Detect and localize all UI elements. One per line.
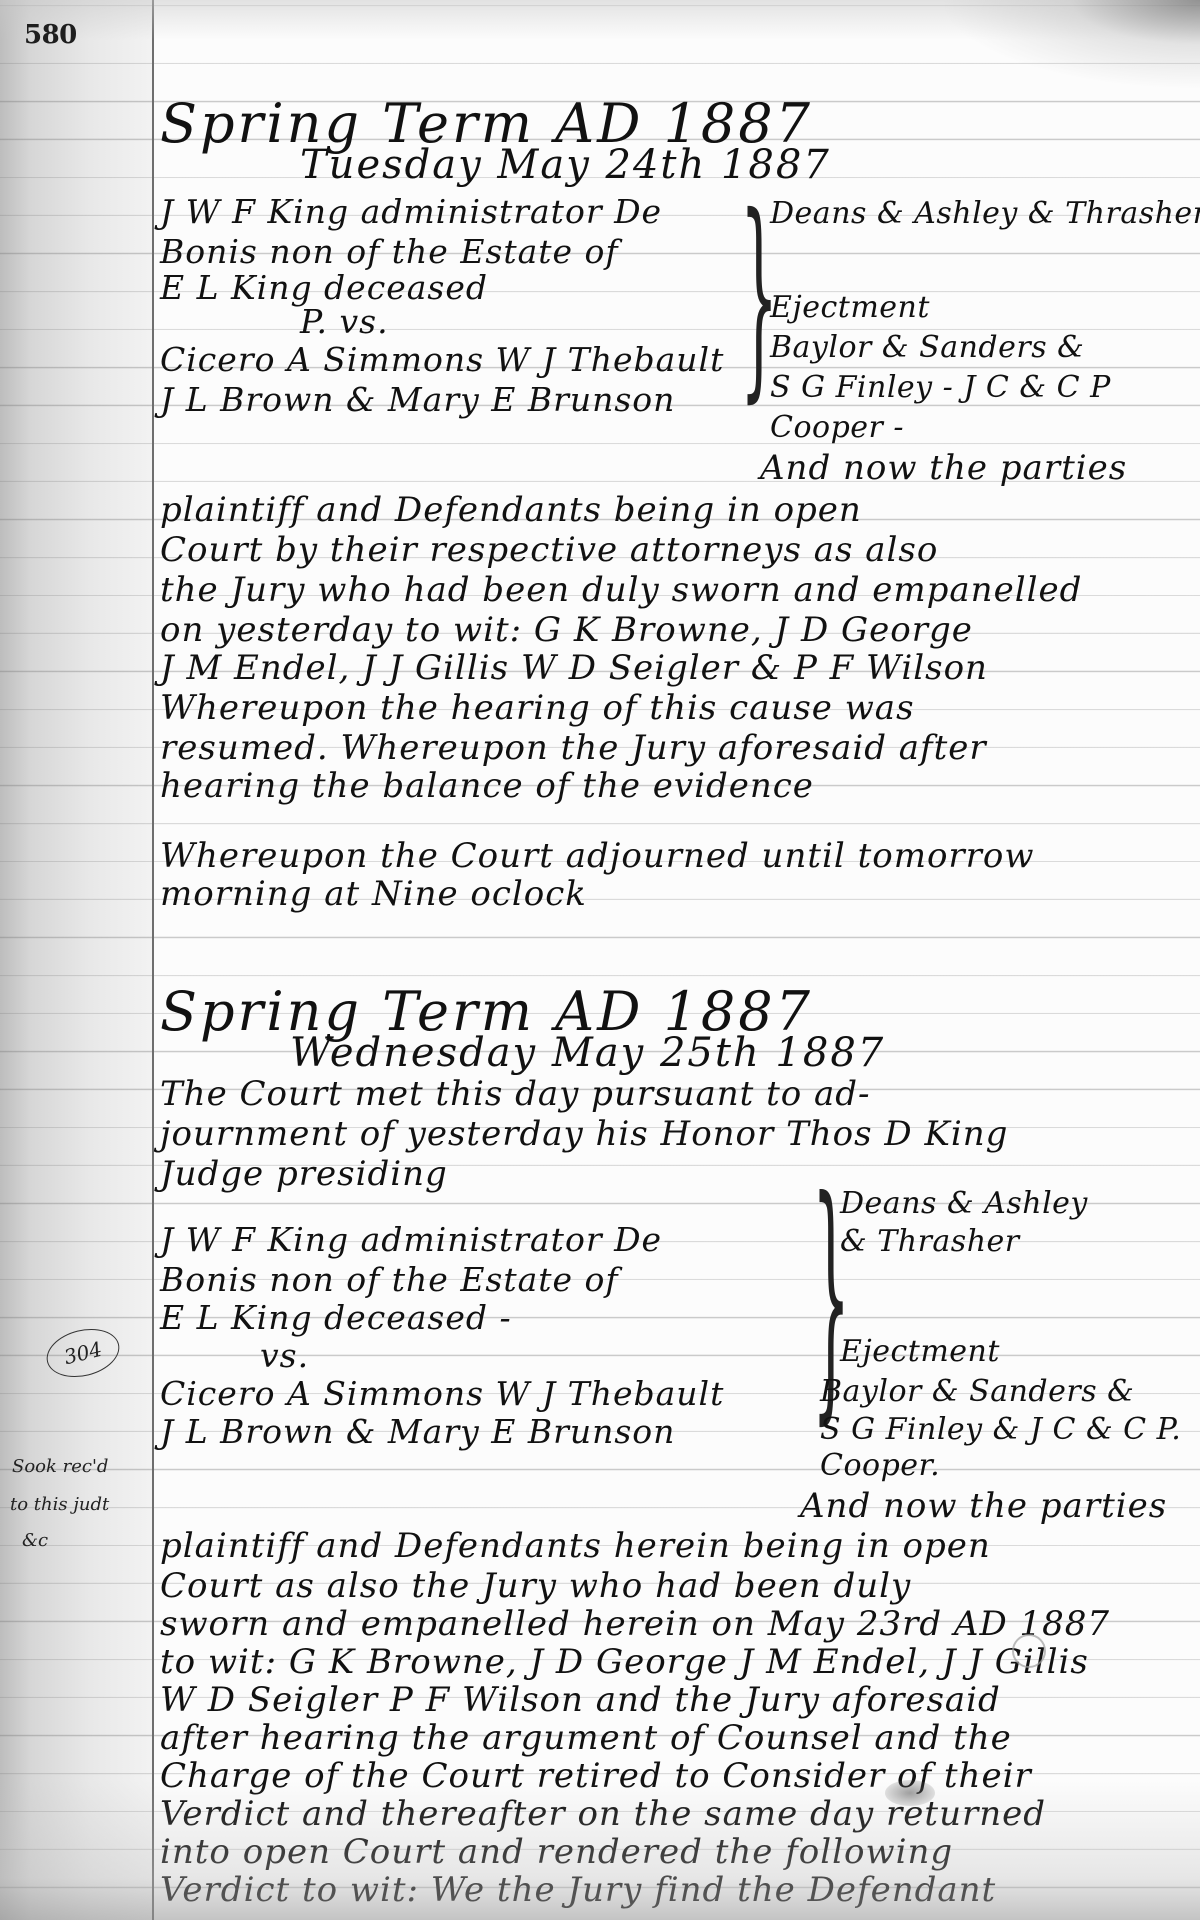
entry1-body-line-3: Court by their respective attorneys as a… (160, 530, 938, 570)
entry1-versus: P. vs. (300, 302, 389, 341)
margin-note-line-2: to this judt (10, 1494, 109, 1515)
entry1-body-line-8: resumed. Whereupon the Jury aforesaid af… (160, 728, 987, 768)
entry1-body-line-9: hearing the balance of the evidence (160, 766, 814, 806)
page-number: 580 (24, 20, 77, 50)
margin-note-line-1: Sook rec'd (12, 1456, 108, 1477)
entry1-body-line-7: Whereupon the hearing of this cause was (160, 688, 915, 728)
entry1-counsel-defendant-line-3: Cooper - (770, 410, 904, 445)
ledger-page: 580 Spring Term AD 1887 Tuesday May 24th… (0, 0, 1200, 1920)
scan-shadow-corner (940, 0, 1200, 90)
entry2-plaintiff-line-2: Bonis non of the Estate of (160, 1260, 619, 1299)
entry1-adjourn-line-2: morning at Nine oclock (160, 874, 587, 914)
entry1-defendant-line-2: J L Brown & Mary E Brunson (160, 380, 675, 419)
entry1-counsel-defendant-line-2: S G Finley - J C & C P (770, 370, 1111, 405)
paper-blemish (1012, 1634, 1046, 1668)
entry2-plaintiff-line-1: J W F King administrator De (160, 1220, 662, 1259)
entry1-counsel-plaintiff: Deans & Ashley & Thrasher (770, 196, 1200, 231)
ink-smudge (885, 1780, 935, 1806)
entry1-plaintiff-line-2: Bonis non of the Estate of (160, 232, 619, 271)
entry2-counsel-defendant-line-1: Baylor & Sanders & (820, 1374, 1134, 1409)
margin-stamp-text: 304 (62, 1337, 105, 1370)
entry2-body-line-11: Verdict to wit: We the Jury find the Def… (160, 1870, 996, 1910)
entry1-body-line-1: And now the parties (760, 448, 1127, 488)
entry1-plaintiff-line-1: J W F King administrator De (160, 192, 662, 231)
scan-shadow-top (0, 0, 1200, 40)
entry2-date: Wednesday May 25th 1887 (290, 1030, 885, 1076)
left-margin-gutter (0, 0, 152, 1920)
entry2-plaintiff-line-3: E L King deceased - (160, 1298, 512, 1337)
entry2-body-line-5: to wit: G K Browne, J D George J M Endel… (160, 1642, 1089, 1682)
entry2-defendant-line-1: Cicero A Simmons W J Thebault (160, 1374, 724, 1413)
entry1-body-line-5: on yesterday to wit: G K Browne, J D Geo… (160, 610, 973, 650)
entry1-body-line-6: J M Endel, J J Gillis W D Seigler & P F … (160, 648, 988, 688)
entry1-action: Ejectment (770, 290, 930, 325)
entry2-defendant-line-2: J L Brown & Mary E Brunson (160, 1412, 675, 1451)
entry2-body-line-10: into open Court and rendered the followi… (160, 1832, 953, 1872)
margin-note-line-3: &c (22, 1530, 48, 1551)
entry1-defendant-line-1: Cicero A Simmons W J Thebault (160, 340, 724, 379)
entry2-counsel-defendant-line-3: Cooper. (820, 1448, 940, 1483)
entry2-body-line-6: W D Seigler P F Wilson and the Jury afor… (160, 1680, 1001, 1720)
entry2-action: Ejectment (840, 1334, 1000, 1369)
margin-rule (152, 0, 154, 1920)
entry1-counsel-defendant-line-1: Baylor & Sanders & (770, 330, 1084, 365)
entry2-body-line-4: sworn and empanelled herein on May 23rd … (160, 1604, 1110, 1644)
entry2-opening-line-3: Judge presiding (160, 1154, 448, 1194)
entry2-body-line-3: Court as also the Jury who had been duly (160, 1566, 911, 1606)
entry1-body-line-4: the Jury who had been duly sworn and emp… (160, 570, 1082, 610)
entry2-body-line-1: And now the parties (800, 1486, 1167, 1526)
entry2-body-line-2: plaintiff and Defendants herein being in… (160, 1526, 991, 1566)
entry2-counsel-plaintiff-line-2: & Thrasher (840, 1224, 1020, 1259)
entry2-counsel-defendant-line-2: S G Finley & J C & C P. (820, 1412, 1181, 1447)
entry2-body-line-7: after hearing the argument of Counsel an… (160, 1718, 1012, 1758)
entry1-adjourn-line-1: Whereupon the Court adjourned until tomo… (160, 836, 1035, 876)
entry2-counsel-plaintiff-line-1: Deans & Ashley (840, 1186, 1088, 1221)
entry2-versus: vs. (260, 1336, 309, 1375)
entry2-opening-line-1: The Court met this day pursuant to ad- (160, 1074, 871, 1114)
entry2-opening-line-2: journment of yesterday his Honor Thos D … (160, 1114, 1008, 1154)
entry1-body-line-2: plaintiff and Defendants being in open (160, 490, 862, 530)
